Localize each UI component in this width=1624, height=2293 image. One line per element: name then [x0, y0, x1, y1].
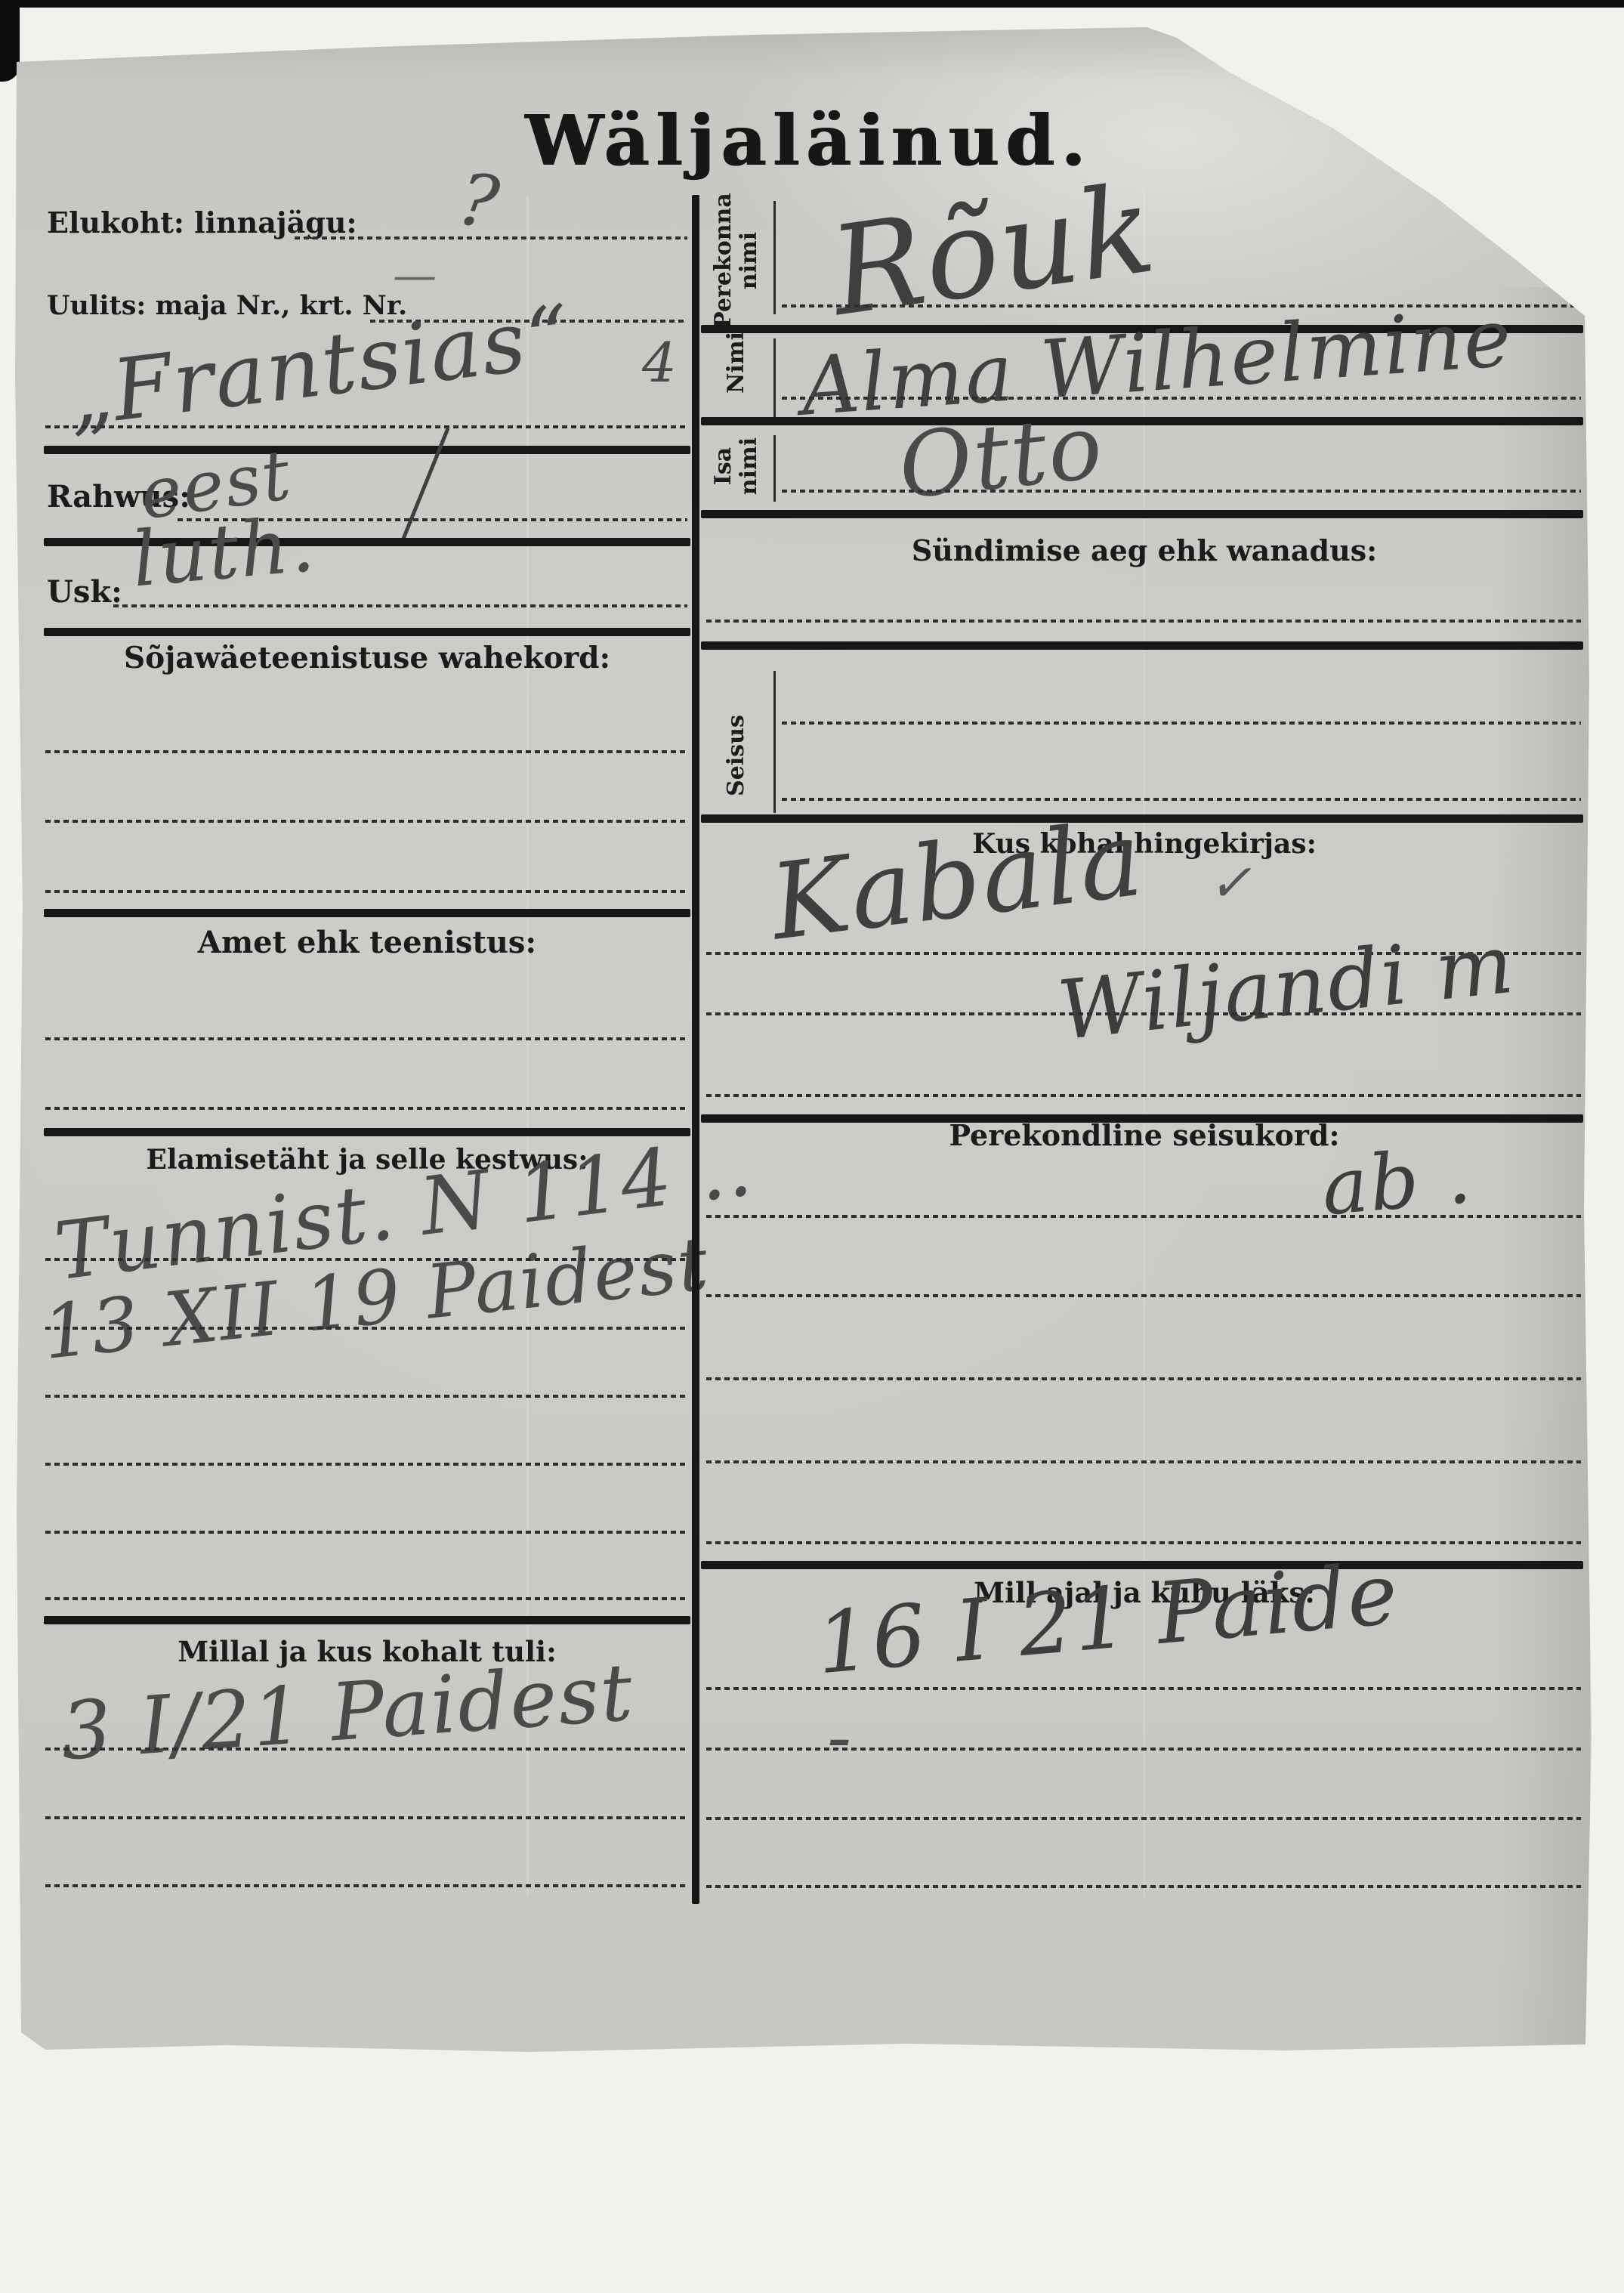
dotted-line	[45, 1597, 689, 1600]
sojawae-label: Sõjawäeteenistuse wahekord:	[45, 641, 689, 675]
dotted-line	[706, 620, 1581, 623]
section-divider-thick	[701, 417, 1583, 425]
dotted-line	[45, 1463, 689, 1466]
dotted-line	[45, 820, 689, 823]
dotted-line	[45, 1395, 689, 1398]
section-divider-thick	[701, 641, 1583, 650]
dotted-line	[706, 1294, 1581, 1297]
section-divider-thick	[701, 510, 1583, 518]
dotted-line	[706, 1687, 1581, 1690]
top-edge-shading	[0, 27, 1586, 80]
hingekirjas-parish-handwriting: Wiljandi m	[1054, 917, 1519, 1059]
dotted-line	[706, 1817, 1581, 1820]
section-divider-thick	[44, 628, 690, 636]
dotted-line	[45, 1107, 689, 1110]
scanned-document-paper: Wäljaläinud. Elukoht: linnajägu: ? Uulit…	[0, 0, 1624, 2293]
dotted-line	[782, 490, 1581, 493]
dotted-line	[45, 1816, 689, 1819]
dotted-line	[45, 1748, 689, 1751]
dotted-line	[45, 750, 689, 753]
section-divider-thick	[44, 909, 690, 917]
label-separator-line	[773, 435, 776, 502]
usk-label: Usk:	[47, 574, 122, 610]
perekondline-value-handwriting: ab .	[1318, 1131, 1476, 1234]
form-title: Wäljaläinud.	[468, 100, 1148, 181]
laks-dash-handwriting: -	[827, 1696, 853, 1779]
column-divider	[692, 195, 699, 1904]
elukoht-label: Elukoht: linnajägu:	[47, 206, 357, 239]
label-separator-line	[773, 671, 776, 813]
section-divider-thick	[44, 446, 690, 454]
seisus-label-text: Seisus	[724, 691, 749, 820]
dotted-line	[45, 1258, 689, 1261]
seisus-label: Seisus	[720, 691, 753, 820]
dotted-line	[782, 397, 1581, 400]
dotted-line	[706, 1094, 1581, 1097]
dotted-line	[45, 1327, 689, 1330]
sundimise-label: Sündimise aeg ehk wanadus:	[706, 533, 1582, 567]
dotted-line	[706, 1215, 1581, 1218]
dotted-line	[782, 798, 1581, 801]
linnajagu-value-handwriting: ?	[453, 158, 505, 246]
scanner-edge-top	[0, 0, 1624, 8]
section-divider-thick	[701, 814, 1583, 823]
dotted-line	[706, 1885, 1581, 1888]
label-separator-line	[773, 201, 776, 314]
father-name-handwriting: Otto	[894, 394, 1109, 519]
amet-label: Amet ehk teenistus:	[45, 925, 689, 960]
dotted-line	[45, 425, 689, 428]
dotted-line	[45, 890, 689, 893]
usk-value-handwriting: luth.	[128, 500, 319, 604]
hingekirjas-check-handwriting: ✓	[1209, 854, 1253, 913]
uulits-dash-handwriting: —	[393, 249, 438, 301]
dotted-line	[45, 1884, 689, 1887]
pencil-stroke	[400, 427, 449, 544]
dotted-line	[113, 604, 687, 607]
dotted-line	[295, 236, 687, 239]
dotted-line	[706, 1541, 1581, 1544]
dotted-line	[45, 1531, 689, 1534]
dotted-line	[782, 722, 1581, 725]
surname-handwriting: Rõuk	[823, 158, 1164, 344]
house-number-handwriting: 4	[642, 331, 678, 394]
dotted-line	[706, 1748, 1581, 1751]
section-divider-thick	[44, 1128, 690, 1136]
section-divider-thick	[44, 1616, 690, 1624]
label-separator-line	[773, 338, 776, 423]
dotted-line	[706, 1460, 1581, 1463]
dotted-line	[706, 1012, 1581, 1015]
dotted-line	[706, 1377, 1581, 1380]
dotted-line	[45, 1037, 689, 1040]
